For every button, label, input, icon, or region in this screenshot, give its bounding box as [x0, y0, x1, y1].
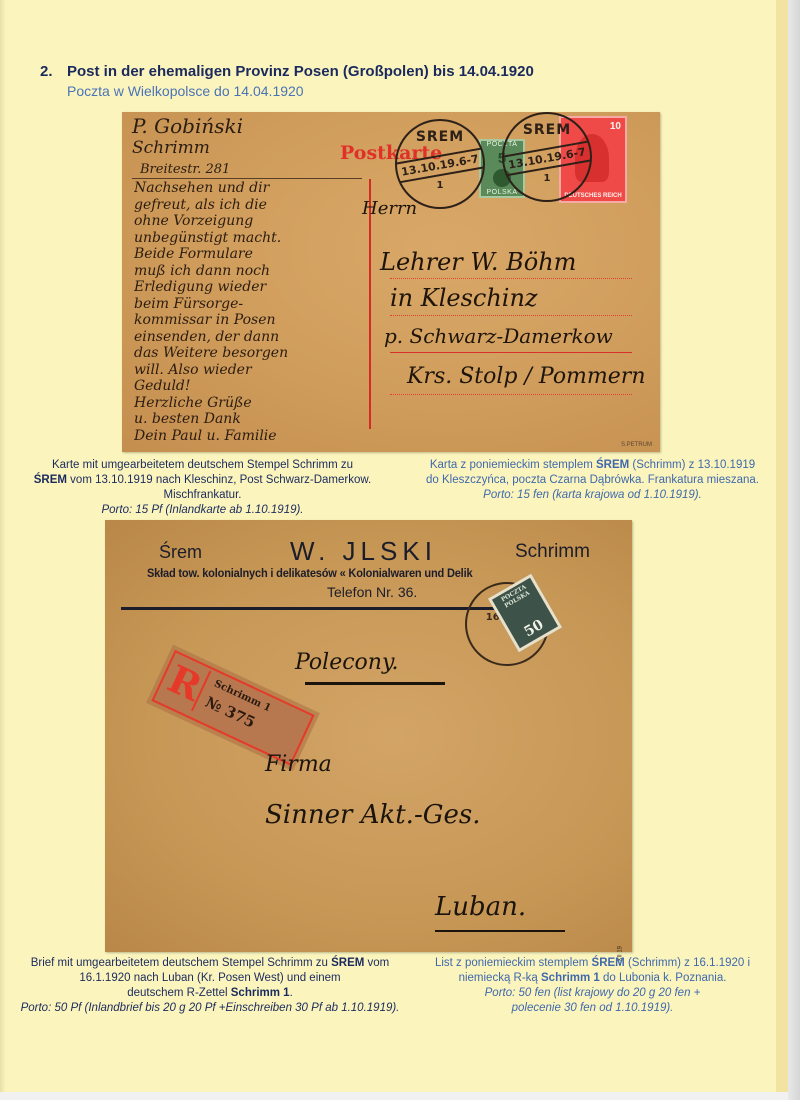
caption-line: ŚREM vom 13.10.1919 nach Kleschinz, Post…: [10, 473, 395, 488]
message-line: einsenden, der dann: [134, 329, 366, 346]
caption-line: Karta z poniemieckim stemplem ŚREM (Schr…: [400, 458, 785, 473]
postmark-cancel: SREM 13.10.19.6-7 1: [395, 119, 485, 209]
sender-street: Breitestr. 281: [140, 162, 230, 177]
caption-bold: ŚREM: [596, 459, 629, 471]
caption-bold: Schrimm 1: [541, 972, 600, 984]
caption-postcard-pl: Karta z poniemieckim stemplem ŚREM (Schr…: [400, 458, 785, 503]
address-dotted-rule: [390, 278, 632, 279]
message-line: beim Fürsorge-: [134, 296, 366, 313]
message-line: Nachsehen und dir: [134, 180, 366, 197]
postmark-code: 1: [504, 173, 590, 184]
postmark-code: 1: [397, 180, 483, 191]
envelope-address-line: Sinner Akt.-Ges.: [265, 800, 481, 830]
message-line: Geduld!: [134, 378, 366, 395]
postmark-date: 13.10.19.6-7: [396, 148, 484, 184]
caption-text: deutschem R-Zettel: [127, 987, 231, 999]
postmark-city: SREM: [397, 129, 483, 145]
address-salutation: Herrn: [362, 198, 417, 219]
postmark-cancel: SREM 13.10.19.6-7 1: [502, 112, 592, 202]
message-line: unbegünstigt macht.: [134, 230, 366, 247]
page-edge-stripe: [776, 0, 788, 1092]
caption-line: Brief mit umgearbeitetem deutschem Stemp…: [10, 956, 410, 971]
envelope-registered-note: Polecony.: [295, 650, 398, 675]
address-line: p. Schwarz-Damerkow: [384, 324, 613, 348]
caption-line: List z poniemieckim stemplem ŚREM (Schri…: [400, 956, 785, 971]
section-title-pl: Poczta w Wielkopolsce do 14.04.1920: [67, 83, 534, 99]
address-solid-rule: [390, 352, 632, 353]
caption-line: Karte mit umgearbeitetem deutschem Stemp…: [10, 458, 395, 473]
caption-line: do Kleszczyńca, poczta Czarna Dąbrówka. …: [400, 473, 785, 488]
stamp-value: 50: [511, 611, 557, 647]
letterhead-subtitle: Skład tow. kolonialnych i delikatesów « …: [147, 566, 472, 580]
caption-bold: ŚREM: [34, 474, 67, 486]
message-line: Herzliche Grüße: [134, 395, 366, 412]
letterhead-city-pl: Śrem: [159, 542, 202, 563]
message-line: Erledigung wieder: [134, 279, 366, 296]
caption-text: Karta z poniemieckim stemplem: [430, 459, 596, 471]
message-line: will. Also wieder: [134, 362, 366, 379]
message-line: ohne Vorzeigung: [134, 213, 366, 230]
envelope-address-line: Luban.: [435, 892, 526, 922]
letterhead-rule: [121, 607, 501, 610]
message-line: kommissar in Posen: [134, 312, 366, 329]
page-right-margin: [788, 0, 800, 1100]
underline-rule: [305, 682, 445, 685]
message-line: Beide Formulare: [134, 246, 366, 263]
page-left-shadow: [0, 0, 6, 1100]
message-line: Dein Paul u. Familie: [134, 428, 366, 445]
sender-city: Schrimm: [132, 138, 210, 158]
section-title-de: Post in der ehemaligen Provinz Posen (Gr…: [67, 63, 534, 80]
address-dotted-rule: [390, 394, 632, 395]
address-line: Lehrer W. Böhm: [380, 248, 576, 276]
address-dotted-rule: [390, 315, 632, 316]
caption-postcard-de: Karte mit umgearbeitetem deutschem Stemp…: [10, 458, 395, 518]
address-line: Krs. Stolp / Pommern: [407, 364, 646, 389]
sender-name: P. Gobiński: [132, 114, 243, 138]
message-line: gefreut, als ich die: [134, 197, 366, 214]
caption-text: niemiecką R-ką: [459, 972, 541, 984]
envelope-address-line: Firma: [265, 752, 332, 777]
message-line: u. besten Dank: [134, 411, 366, 428]
caption-text: List z poniemieckim stemplem: [435, 957, 592, 969]
stamp-value: 10: [610, 121, 621, 132]
caption-line: deutschem R-Zettel Schrimm 1.: [10, 986, 410, 1001]
caption-bold: Schrimm 1: [231, 987, 290, 999]
caption-line: niemiecką R-ką Schrimm 1 do Lubonia k. P…: [400, 971, 785, 986]
caption-text: do Lubonia k. Poznania.: [600, 972, 727, 984]
letterhead-company: W. JLSKI: [290, 536, 437, 567]
letterhead-phone: Telefon Nr. 36.: [327, 584, 417, 600]
caption-porto: Porto: 50 fen (list krajowy do 20 g 20 f…: [400, 986, 785, 1001]
caption-text: .: [290, 987, 293, 999]
caption-porto: Porto: 15 Pf (Inlandkarte ab 1.10.1919).: [10, 503, 395, 518]
postmark-date: 13.10.19.6-7: [503, 141, 591, 177]
message-line: muß ich dann noch: [134, 263, 366, 280]
section-heading: 2.Post in der ehemaligen Provinz Posen (…: [40, 63, 534, 99]
caption-bold: ŚREM: [592, 957, 625, 969]
caption-bold: ŚREM: [331, 957, 364, 969]
envelope-image: Śrem W. JLSKI Schrimm Skład tow. kolonia…: [105, 520, 632, 952]
section-number: 2.: [40, 63, 67, 80]
caption-envelope-de: Brief mit umgearbeitetem deutschem Stemp…: [10, 956, 410, 1016]
handwritten-message: Nachsehen und dir gefreut, als ich die o…: [134, 180, 366, 444]
message-top-rule: [132, 178, 362, 179]
caption-text: vom: [364, 957, 389, 969]
address-line: in Kleschinz: [390, 284, 538, 312]
caption-text: (Schrimm) z 16.1.1920 i: [625, 957, 750, 969]
caption-text: (Schrimm) z 13.10.1919: [629, 459, 755, 471]
message-line: das Weitere besorgen: [134, 345, 366, 362]
caption-text: vom 13.10.1919 nach Kleschinz, Post Schw…: [67, 474, 371, 486]
caption-porto: Porto: 15 fen (karta krajowa od 1.10.191…: [400, 488, 785, 503]
caption-text: Brief mit umgearbeitetem deutschem Stemp…: [31, 957, 331, 969]
underline-rule: [435, 930, 565, 932]
caption-line: 16.1.1920 nach Luban (Kr. Posen West) un…: [10, 971, 410, 986]
postcard-image: P. Gobiński Schrimm Breitestr. 281 Postk…: [122, 112, 660, 452]
caption-porto: polecenie 30 fen od 1.10.1919).: [400, 1001, 785, 1016]
page-bottom-margin: [0, 1092, 788, 1100]
caption-line: Mischfrankatur.: [10, 488, 395, 503]
printer-mark: S.PETRUM: [621, 442, 652, 448]
caption-porto: Porto: 50 Pf (Inlandbrief bis 20 g 20 Pf…: [10, 1001, 410, 1016]
registration-r-letter: R: [160, 656, 211, 711]
postmark-city: SREM: [504, 122, 590, 138]
registration-label: R Schrimm 1 № 375: [151, 650, 314, 766]
letterhead-city-de: Schrimm: [515, 541, 590, 563]
caption-envelope-pl: List z poniemieckim stemplem ŚREM (Schri…: [400, 956, 785, 1016]
